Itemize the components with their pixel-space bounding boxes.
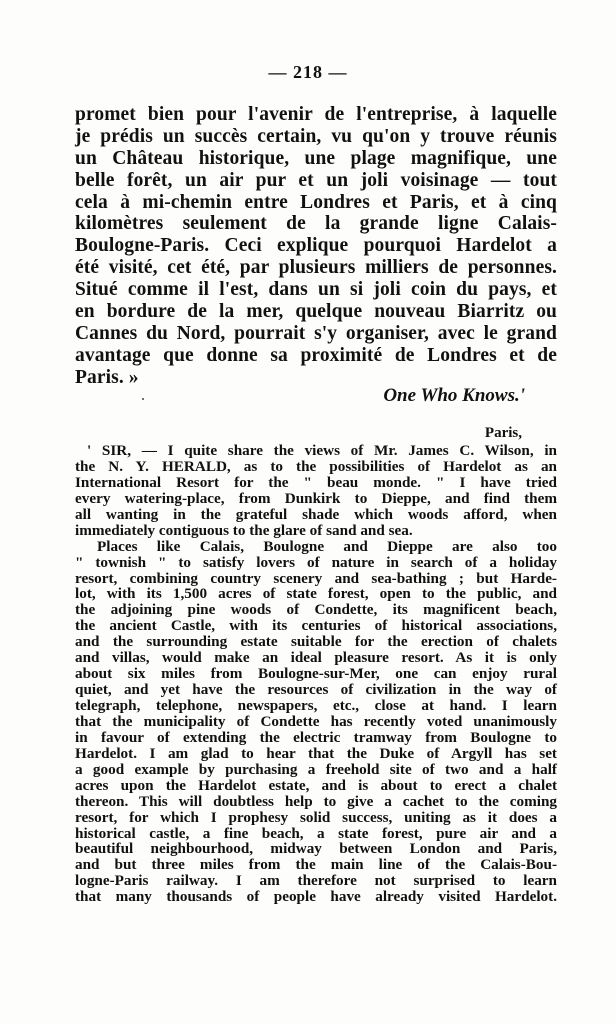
text-line: all wanting in the grateful shade which … — [75, 507, 557, 523]
text-line: in favour of extending the electric tram… — [75, 730, 557, 746]
text-line: beautiful neighbourhood, midway between … — [75, 841, 557, 857]
page-number: — 218 — — [0, 62, 616, 83]
text-line: acres upon the Hardelot estate, and is a… — [75, 778, 557, 794]
text-line: Cannes du Nord, pourrait s'y organiser, … — [75, 323, 557, 345]
text-line: that many thousands of people have alrea… — [75, 889, 557, 905]
signature: One Who Knows.' — [0, 385, 525, 407]
text-line: International Resort for the " beau mond… — [75, 475, 557, 491]
letter-place: Paris, — [0, 425, 522, 442]
text-line: thereon. This will doubtless help to giv… — [75, 794, 557, 810]
text-line: telegraph, telephone, newspapers, etc., … — [75, 698, 557, 714]
text-line: a good example by purchasing a freehold … — [75, 762, 557, 778]
text-line: resort, for which I prophesy solid succe… — [75, 810, 557, 826]
french-quote-paragraph: promet bien pour l'avenir de l'entrepris… — [75, 104, 557, 389]
text-line: " townish " to satisfy lovers of nature … — [75, 555, 557, 571]
text-line: every watering-place, from Dunkirk to Di… — [75, 491, 557, 507]
text-line: ' SIR, — I quite share the views of Mr. … — [75, 443, 557, 459]
text-line: Hardelot. I am glad to hear that the Duk… — [75, 746, 557, 762]
text-line: belle forêt, un air pur et un joli voisi… — [75, 170, 557, 192]
text-line: kilomètres seulement de la grande ligne … — [75, 213, 557, 235]
text-line: cela à mi-chemin entre Londres et Paris,… — [75, 192, 557, 214]
text-line: Boulogne-Paris. Ceci explique pourquoi H… — [75, 235, 557, 257]
text-line: été visité, cet été, par plusieurs milli… — [75, 257, 557, 279]
stray-mark — [142, 398, 144, 400]
text-line: Places like Calais, Boulogne and Dieppe … — [75, 539, 557, 555]
text-line: lot, with its 1,500 acres of state fores… — [75, 586, 557, 602]
text-line: un Château historique, une plage magnifi… — [75, 148, 557, 170]
text-line: quiet, and yet have the resources of civ… — [75, 682, 557, 698]
text-line: and villas, would make an ideal pleasure… — [75, 650, 557, 666]
text-line: Situé comme il l'est, dans un si joli co… — [75, 279, 557, 301]
text-line: logne-Paris railway. I am therefore not … — [75, 873, 557, 889]
text-line: the adjoining pine woods of Condette, it… — [75, 602, 557, 618]
text-line: je prédis un succès certain, vu qu'on y … — [75, 126, 557, 148]
text-line: avantage que donne sa proximité de Londr… — [75, 345, 557, 367]
text-line: and the surrounding estate suitable for … — [75, 634, 557, 650]
text-line: promet bien pour l'avenir de l'entrepris… — [75, 104, 557, 126]
text-line: resort, combining country scenery and se… — [75, 571, 557, 587]
text-line: historical castle, a fine beach, a state… — [75, 826, 557, 842]
text-line: and but three miles from the main line o… — [75, 857, 557, 873]
text-line: en bordure de la mer, quelque nouveau Bi… — [75, 301, 557, 323]
text-line: immediately contiguous to the glare of s… — [75, 523, 557, 539]
text-line: about six miles from Boulogne-sur-Mer, o… — [75, 666, 557, 682]
text-line: the ancient Castle, with its centuries o… — [75, 618, 557, 634]
text-line: the N. Y. HERALD, as to the possibilitie… — [75, 459, 557, 475]
text-line: that the municipality of Condette has re… — [75, 714, 557, 730]
english-letter-paragraph: ' SIR, — I quite share the views of Mr. … — [75, 443, 557, 905]
